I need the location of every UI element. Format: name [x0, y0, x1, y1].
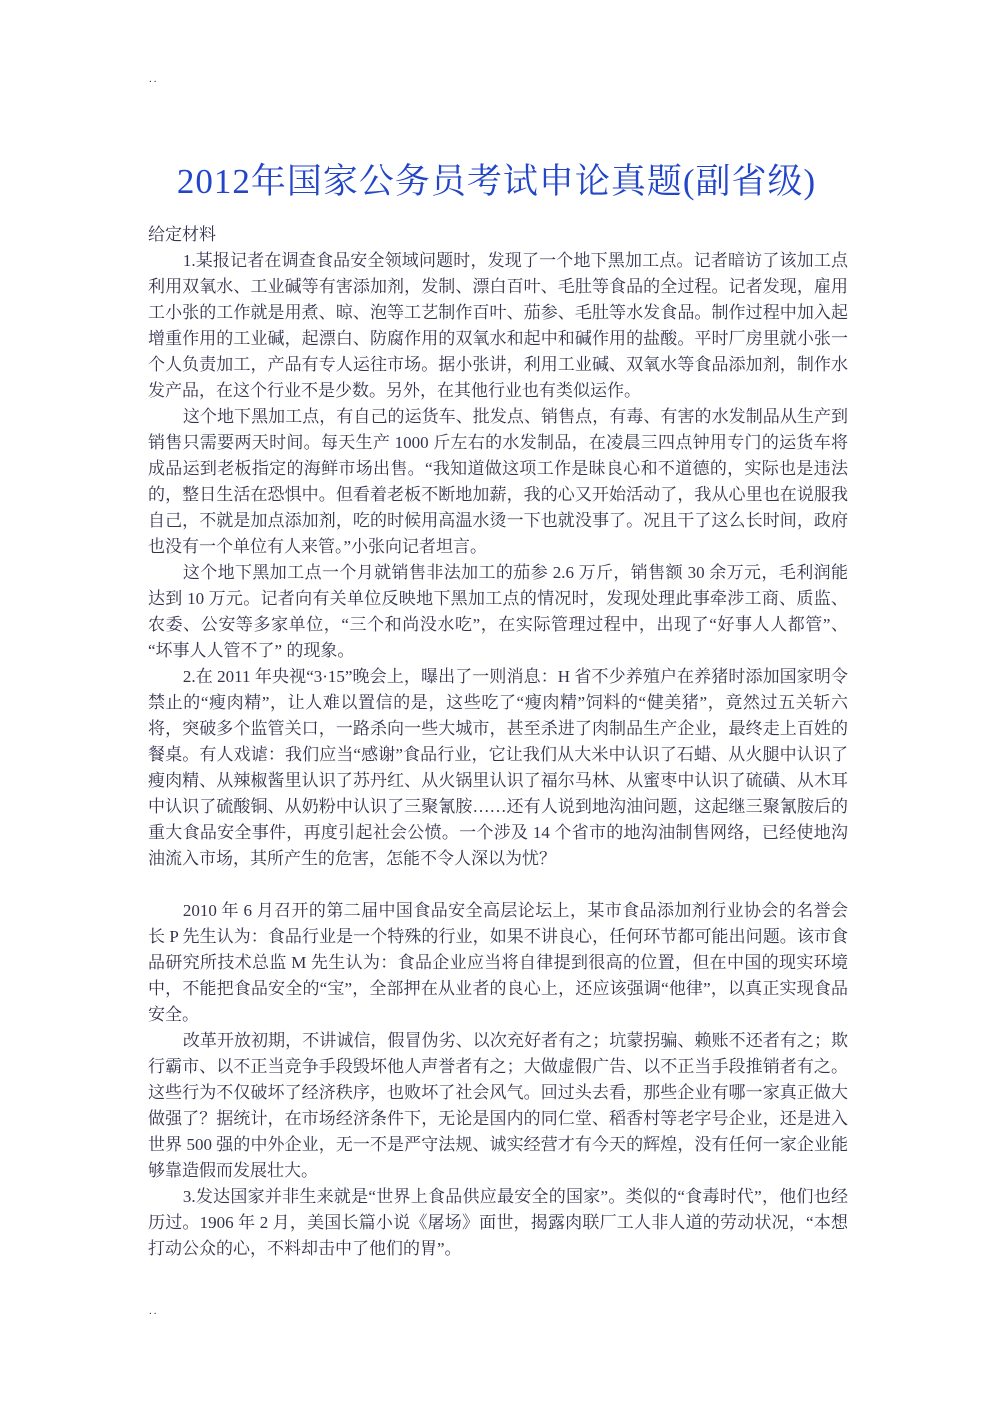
paragraph-6: 改革开放初期，不讲诚信，假冒伪劣、以次充好者有之；坑蒙拐骗、赖账不还者有之；欺行…: [148, 1028, 848, 1184]
paragraph-5: 2010 年 6 月召开的第二届中国食品安全高层论坛上，某市食品添加剂行业协会的…: [148, 898, 848, 1028]
paragraph-2: 这个地下黑加工点，有自己的运货车、批发点、销售点，有毒、有害的水发制品从生产到销…: [148, 404, 848, 560]
document-page: .. 2012年国家公务员考试申论真题(副省级) 给定材料 1.某报记者在调查食…: [0, 0, 993, 1404]
paragraph-7: 3.发达国家并非生来就是“世界上食品供应最安全的国家”。类似的“食毒时代”，他们…: [148, 1184, 848, 1262]
paragraph-4: 2.在 2011 年央视“3·15”晚会上，曝出了一则消息：H 省不少养殖户在养…: [148, 664, 848, 872]
footer-dots: ..: [149, 1306, 159, 1317]
document-body: 给定材料 1.某报记者在调查食品安全领域问题时，发现了一个地下黑加工点。记者暗访…: [148, 222, 848, 1262]
paragraph-3: 这个地下黑加工点一个月就销售非法加工的茄参 2.6 万斤，销售额 30 余万元，…: [148, 560, 848, 664]
page-title: 2012年国家公务员考试申论真题(副省级): [0, 154, 993, 204]
header-dots: ..: [149, 74, 159, 85]
paragraph-1: 1.某报记者在调查食品安全领域问题时，发现了一个地下黑加工点。记者暗访了该加工点…: [148, 248, 848, 404]
section-label: 给定材料: [148, 222, 848, 248]
